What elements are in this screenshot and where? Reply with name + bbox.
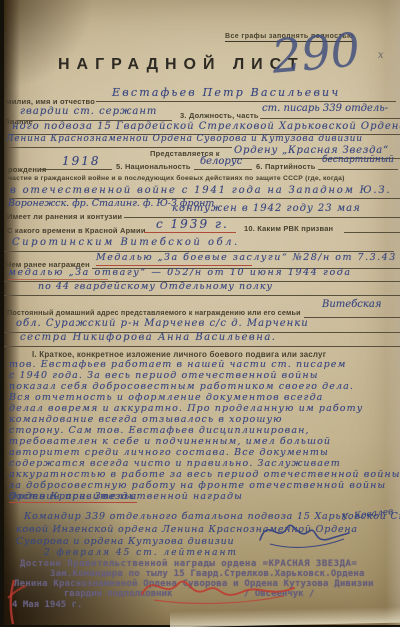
citation-line: командование всегда отзывалось в хорошую bbox=[9, 414, 400, 425]
field-awards-value: Медалью „За боевые заслуги“ №28/н от 7.3… bbox=[96, 252, 397, 263]
field-position-value: ст. писарь 339 отдель- bbox=[262, 103, 388, 114]
form-line-red bbox=[144, 232, 236, 233]
citation-line: тов. Евстафьев работает в нашей части ст… bbox=[9, 359, 400, 370]
field-awards-line2: медалью „За отвагу“ — 052/н от 10 июня 1… bbox=[8, 267, 352, 278]
field-address-value: Витебская bbox=[322, 299, 381, 310]
commander-signature bbox=[254, 512, 354, 548]
field-wounds-value: контужен в 1942 году 23 мая bbox=[172, 203, 361, 214]
citation-heading: I. Краткое, конкретное изложение личного… bbox=[32, 350, 326, 359]
red-signature bbox=[134, 570, 304, 604]
red-corner-mark bbox=[4, 578, 30, 626]
field-party-label: 6. Партийность bbox=[256, 162, 316, 171]
field-wounds-label: Имеет ли ранения и контузии bbox=[7, 212, 122, 221]
citation-line: Вся отчетность и оформление документов в… bbox=[9, 392, 400, 403]
citation-body: тов. Евстафьев работает в нашей части ст… bbox=[9, 359, 400, 502]
page-number: 290 bbox=[270, 22, 362, 83]
citation-line-text: за добросовестную работу на фронте отече… bbox=[9, 480, 386, 491]
form-line bbox=[344, 232, 400, 233]
field-nationality-value: белорус bbox=[200, 156, 242, 167]
citation-closing-line: достоин правительственной награды bbox=[9, 491, 400, 502]
form-line-red bbox=[8, 279, 108, 280]
field-name-label: милия, имя и отчество bbox=[6, 97, 95, 106]
citation-line: авторитет среди личного состава. Все док… bbox=[9, 447, 400, 458]
form-line bbox=[96, 101, 396, 102]
form-line bbox=[194, 169, 252, 170]
citation-line: сторону. Сам тов. Евстафьев дисциплиниро… bbox=[9, 425, 400, 436]
field-address-label: Постоянный домашний адрес представляемог… bbox=[7, 308, 301, 317]
form-line bbox=[318, 169, 398, 170]
form-line-red bbox=[96, 265, 252, 266]
field-name-value: Евстафьев Петр Васильевич bbox=[112, 86, 340, 99]
field-nationality-label: 5. Национальность bbox=[116, 162, 191, 171]
form-line bbox=[4, 346, 400, 347]
field-army-value: с 1939 г. bbox=[156, 217, 229, 231]
citation-line: делал вовремя и аккуратно. Про проделанн… bbox=[9, 403, 400, 414]
field-position-line3: Ленина Краснознаменной Ордена Суворова и… bbox=[6, 134, 363, 144]
citation-line: за добросовестную работу на фронте отече… bbox=[9, 480, 400, 491]
field-army-label: С какого времени в Красной Армии bbox=[7, 226, 146, 235]
endorsement-line1: Достоин Правительственной награды ордена… bbox=[20, 559, 357, 569]
field-rank-value: гвардии ст. сержант bbox=[20, 106, 157, 117]
form-line bbox=[260, 118, 400, 119]
field-awards-line3: по 44 гвардейскому Отдельному полку bbox=[38, 281, 273, 292]
document-photo: Все графы заполнять полностью НАГРАДНОЙ … bbox=[0, 0, 400, 627]
field-position-line2: ного подвоза 15 Гвардейской Стрелковой Х… bbox=[12, 121, 400, 132]
field-party-value: беспартийный bbox=[322, 155, 394, 165]
form-line bbox=[4, 295, 400, 296]
citation-line: аккуратностью в работе за весь период от… bbox=[9, 469, 400, 480]
award-sheet-page: Все графы заполнять полностью НАГРАДНОЙ … bbox=[4, 0, 400, 625]
pencil-mark: х bbox=[378, 50, 384, 61]
field-war-value: в отечественной войне с 1941 года на Зап… bbox=[10, 185, 391, 196]
commander-line3: Суворова и ордена Кутузова дивизии bbox=[16, 536, 234, 547]
form-line bbox=[40, 169, 112, 170]
form-line bbox=[6, 147, 232, 148]
citation-line: требователен к себе и подчиненным, имел … bbox=[9, 436, 400, 447]
citation-line: показал себя добросовестным работником с… bbox=[9, 381, 400, 392]
citation-line: с 1940 года. За весь период отечественно… bbox=[9, 370, 400, 381]
document-title: НАГРАДНОЙ ЛИСТ bbox=[58, 56, 305, 74]
commander-date-line: 2 февраля 45 ст. лейтенант bbox=[44, 548, 238, 558]
field-war-label: частие в гражданской войне и в последующ… bbox=[8, 175, 345, 182]
field-birth-value: 1918 bbox=[62, 154, 101, 168]
form-line bbox=[304, 317, 400, 318]
citation-line: содержатся всегда чисто и правильно. Зас… bbox=[9, 458, 400, 469]
field-position-label: 3. Должность, часть bbox=[180, 111, 259, 120]
field-rvk-value: Сиротинским Витебской обл. bbox=[12, 237, 240, 248]
field-rvk-label: 10. Каким РВК призван bbox=[244, 224, 333, 233]
field-address-line3: сестра Никифорова Анна Васильевна. bbox=[20, 332, 276, 343]
field-address-line2: обл. Суражский р-н Марченев с/с д. Марче… bbox=[16, 318, 309, 329]
